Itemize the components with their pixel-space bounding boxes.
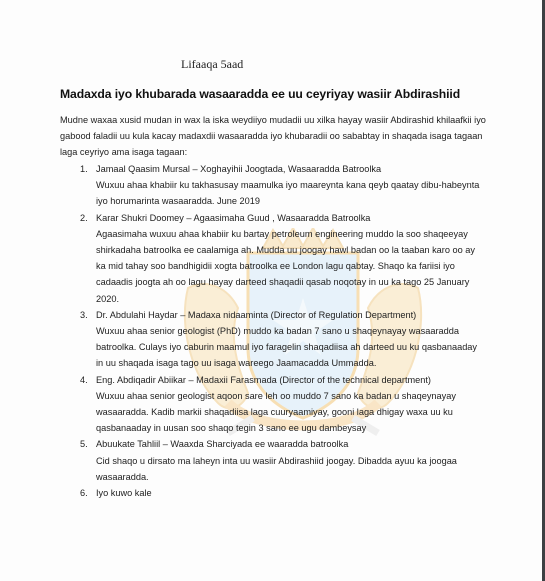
item-number: 1.: [80, 161, 88, 177]
item-title: Eng. Abdiqadir Abiikar – Madaxii Farasma…: [96, 372, 542, 388]
item-description: Cid shaqo u dirsato ma laheyn inta uu wa…: [96, 453, 486, 485]
list-item: 6. Iyo kuwo kale: [0, 485, 542, 501]
item-title: Dr. Abdulahi Haydar – Madaxa nidaaminta …: [96, 307, 542, 323]
dismissed-officials-list: 1. Jamaal Qaasim Mursal – Xoghayihii Joo…: [0, 161, 542, 501]
document-page: Lifaaqa 5aad Madaxda iyo khubarada wasaa…: [0, 0, 542, 581]
annex-label: Lifaaqa 5aad: [181, 57, 243, 72]
list-item: 2. Karar Shukri Doomey – Agaasimaha Guud…: [0, 210, 542, 307]
item-title: Karar Shukri Doomey – Agaasimaha Guud , …: [96, 210, 542, 226]
item-description: Agaasimaha wuxuu ahaa khabiir ku bartay …: [96, 226, 486, 307]
item-number: 2.: [80, 210, 88, 226]
intro-paragraph: Mudne waxaa xusid mudan in wax la iska w…: [60, 112, 490, 161]
item-title: Iyo kuwo kale: [96, 485, 542, 501]
item-description: Wuxuu ahaa senior geologist aqoon sare l…: [96, 388, 486, 437]
item-description: Wuxuu ahaa senior geologist (PhD) muddo …: [96, 323, 486, 372]
document-heading: Madaxda iyo khubarada wasaaradda ee uu c…: [60, 87, 460, 101]
item-number: 4.: [80, 372, 88, 388]
item-title: Abuukate Tahliil – Waaxda Sharciyada ee …: [96, 436, 542, 452]
list-item: 4. Eng. Abdiqadir Abiikar – Madaxii Fara…: [0, 372, 542, 437]
item-description: Wuxuu ahaa khabiir ku takhasusay maamulk…: [96, 177, 486, 209]
item-title: Jamaal Qaasim Mursal – Xoghayihii Joogta…: [96, 161, 542, 177]
item-number: 5.: [80, 436, 88, 452]
list-item: 3. Dr. Abdulahi Haydar – Madaxa nidaamin…: [0, 307, 542, 372]
list-item: 5. Abuukate Tahliil – Waaxda Sharciyada …: [0, 436, 542, 485]
item-number: 6.: [80, 485, 88, 501]
list-item: 1. Jamaal Qaasim Mursal – Xoghayihii Joo…: [0, 161, 542, 210]
item-number: 3.: [80, 307, 88, 323]
